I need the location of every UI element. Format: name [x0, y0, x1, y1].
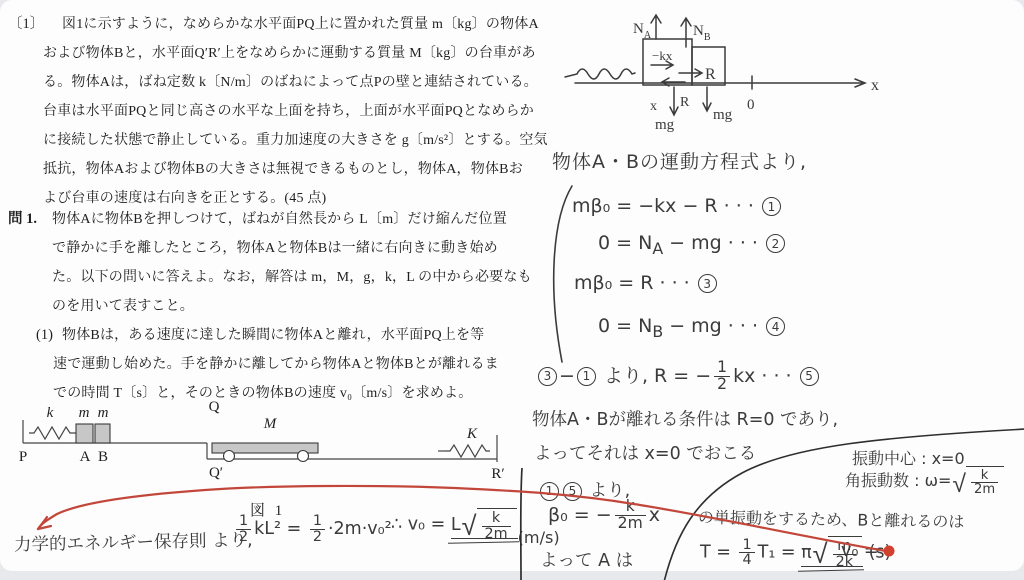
- reaction-on-a-label: R: [680, 95, 690, 110]
- equation-1-number: 1: [762, 197, 781, 216]
- spring-left-shape: [29, 427, 76, 439]
- reaction-on-b-label: R: [705, 66, 716, 83]
- block-a-shape: [76, 424, 93, 443]
- figure1-label-m-a: m: [79, 405, 90, 421]
- intro-line: に接続した状態で静止している。重力加速度の大きさを g〔m/s²〕とする。空気: [43, 126, 548, 155]
- sub1-line: 速で運動し始めた。手を静かに離してから物体Aと物体Bとが離れるま: [53, 350, 499, 379]
- figure1-label-cart-m: M: [263, 416, 278, 432]
- intro-line: 図1に示すように，なめらかな水平面PQ上に置かれた質量 m〔kg〕の物体A: [43, 10, 548, 39]
- therefore-a: よって A は: [540, 547, 633, 572]
- intro-line: および物体Bと，水平面Q′R′上をなめらかに運動する質量 M〔kg〕の台車があ: [43, 39, 548, 68]
- equation-5-number: 5: [800, 367, 819, 386]
- gravity-a-arrow: [670, 87, 678, 115]
- shm-note: の単振動をするため、Bと離れるのは: [698, 505, 965, 533]
- acceleration-equation: β₀ = −k2mx: [548, 499, 660, 532]
- gravity-a-label: mg: [655, 117, 675, 133]
- sub-question-1-label: (1): [36, 321, 53, 350]
- normal-force-a-arrow: [651, 15, 661, 39]
- position-x-label: x: [650, 99, 657, 114]
- gravity-b-label: mg: [713, 107, 733, 123]
- v0-equals: v₀ =: [841, 541, 879, 561]
- cart-wheel: [224, 451, 235, 462]
- q1-line: 物体Aに物体Bを押しつけて，ばねが自然長から L〔m〕だけ縮んだ位置: [52, 205, 532, 234]
- normal-force-a-label: NA: [633, 21, 652, 41]
- question-1-text: 物体Aに物体Bを押しつけて，ばねが自然長から L〔m〕だけ縮んだ位置 で静かに手…: [52, 205, 532, 321]
- equation-4: 0 = NB − mg · · · 4: [598, 315, 787, 341]
- figure1-label-k-right: K: [466, 426, 478, 442]
- spring-right-shape: [445, 445, 490, 457]
- normal-force-b-arrow: [681, 18, 691, 47]
- origin-label: 0: [747, 97, 755, 113]
- red-arrowhead: [38, 517, 51, 529]
- intro-line: 抵抗，物体Aおよび物体Bの大きさは無視できるものとし，物体A，物体Bお: [43, 155, 548, 184]
- equation-5: 3−1 より, R = −12kx · · · 5: [536, 360, 821, 393]
- block-b-shape: [95, 424, 110, 443]
- figure1-label-a: A: [80, 449, 91, 465]
- figure1-label-m-b: m: [98, 405, 109, 421]
- x-axis-label: x: [871, 77, 879, 94]
- figure1-label-q-prime: Q′: [209, 465, 223, 481]
- exam-page: 〔1〕 図1に示すように，なめらかな水平面PQ上に置かれた質量 m〔kg〕の物体…: [0, 0, 1024, 571]
- v0-unit: (m/s): [518, 528, 560, 547]
- normal-force-b-label: NB: [693, 23, 711, 43]
- reaction-on-b-arrow: [679, 69, 702, 77]
- energy-conservation-equation: 12kL² = 12·2m·v₀²: [233, 514, 392, 544]
- figure1-label-k: k: [47, 405, 54, 421]
- spring-sketch: [565, 69, 635, 79]
- equation-1: mβ₀ = −kx − R · · · 1: [572, 195, 783, 217]
- gravity-b-arrow: [703, 87, 711, 111]
- spring-force-label: −kx: [652, 48, 673, 63]
- figure1-label-r-prime: R′: [491, 466, 504, 482]
- figure1-label-p: P: [19, 449, 27, 465]
- equation-3: mβ₀ = R · · · 3: [574, 272, 719, 294]
- v0-result: ∴ v₀ = L√k2m(m/s): [391, 508, 560, 541]
- q1-line: で静かに手を離したところ，物体Aと物体Bは一緒に右向きに動き始め: [52, 234, 532, 263]
- question-1-label: 問 1.: [8, 205, 37, 234]
- problem-number: 〔1〕: [8, 10, 44, 39]
- equation-4-number: 4: [766, 317, 785, 336]
- intro-line: る。物体Aは，ばね定数 k〔N/m〕のばねによって点Pの壁と連結されている。: [43, 68, 548, 97]
- separation-condition: 物体A・Bが離れる条件は R=0 であり,: [532, 406, 838, 431]
- intro-line: 台車は水平面PQと同じ高さの水平な上面を持ち，上面が水平面PQとなめらか: [43, 97, 548, 126]
- equation-3-number: 3: [698, 274, 717, 293]
- free-body-diagram: NA NB −kx R R mg mg x 0 x: [555, 3, 895, 138]
- separation-position: よってそれは x=0 でおこる: [534, 440, 756, 465]
- q1-line: のを用いて表すこと。: [52, 292, 532, 321]
- energy-conservation-label: 力学的エネルギー保存則 より,: [14, 527, 253, 557]
- sub1-line: 物体Bは，ある速度に達した瞬間に物体Aと離れ，水平面PQ上を等: [53, 321, 499, 350]
- problem-intro: 図1に示すように，なめらかな水平面PQ上に置かれた質量 m〔kg〕の物体A およ…: [43, 10, 548, 213]
- angular-frequency-note: 角振動数 : ω=√k2m: [845, 466, 1005, 497]
- figure1-label-q: Q: [209, 399, 220, 415]
- cart-wheel: [298, 451, 309, 462]
- equation-2-number: 2: [766, 234, 785, 253]
- q1-line: た。以下の問いに答えよ。なお，解答は m，M，g，k，L の中から必要なも: [52, 263, 532, 292]
- equations-heading: 物体A・Bの運動方程式より,: [552, 147, 807, 174]
- figure-1: k m m P A B Q M Q′ K R′: [8, 395, 513, 487]
- equation-2: 0 = NA − mg · · · 2: [598, 232, 787, 258]
- figure1-label-b: B: [98, 449, 108, 465]
